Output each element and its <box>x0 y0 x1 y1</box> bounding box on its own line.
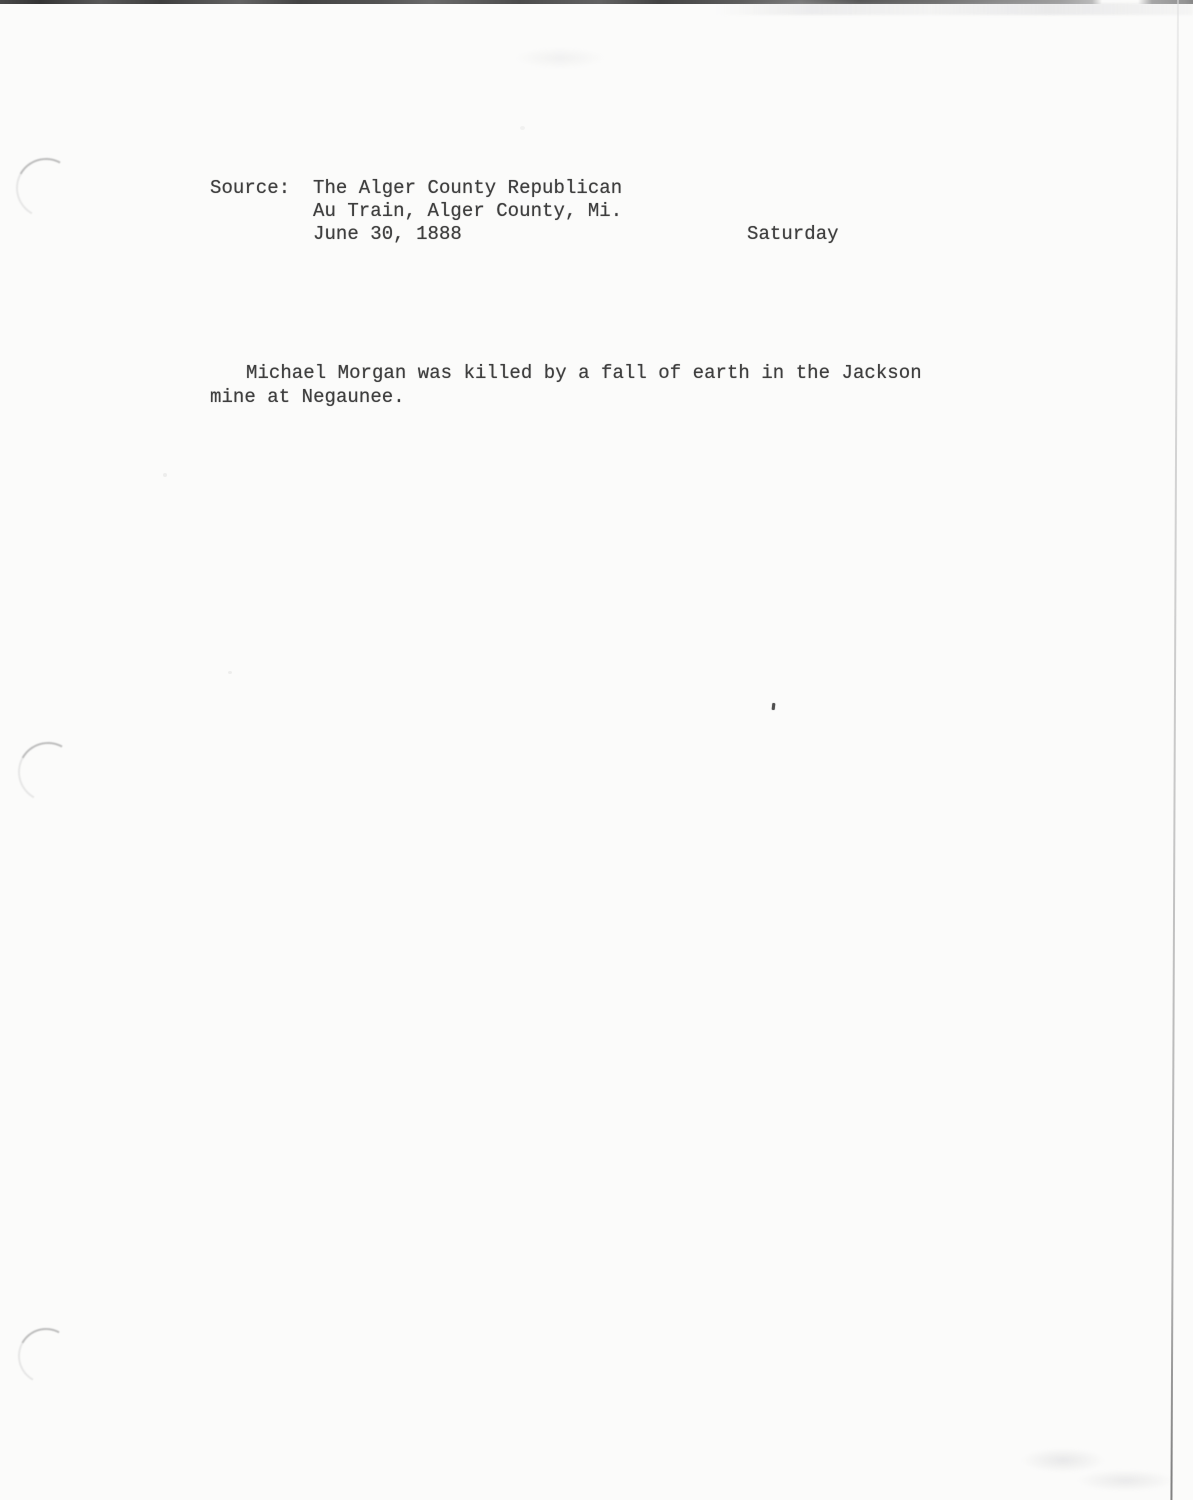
scan-noise-dot <box>163 473 167 477</box>
ink-speck <box>772 703 776 710</box>
scanned-document-page: Source: The Alger County Republican Au T… <box>0 0 1193 1500</box>
source-label: Source: <box>210 177 290 200</box>
hole-punch-arc-bottom <box>11 1321 80 1390</box>
scan-smudge-top <box>480 38 640 78</box>
hole-punch-arc-top <box>9 151 83 225</box>
body-line: Michael Morgan was killed by a fall of e… <box>246 362 922 385</box>
body-line: mine at Negaunee. <box>210 386 405 409</box>
scan-noise-dot <box>520 126 525 130</box>
scan-noise-dot <box>228 671 232 674</box>
publication-location: Au Train, Alger County, Mi. <box>313 200 622 223</box>
page-edge-line <box>1170 0 1179 1500</box>
weekday-label: Saturday <box>747 223 839 246</box>
publication-date: June 30, 1888 <box>313 223 462 246</box>
scan-smudge-bottom-right <box>1000 1440 1180 1498</box>
hole-punch-arc-middle <box>11 735 85 809</box>
publication-name: The Alger County Republican <box>313 177 622 200</box>
scan-top-haze-artifact <box>0 3 1193 15</box>
